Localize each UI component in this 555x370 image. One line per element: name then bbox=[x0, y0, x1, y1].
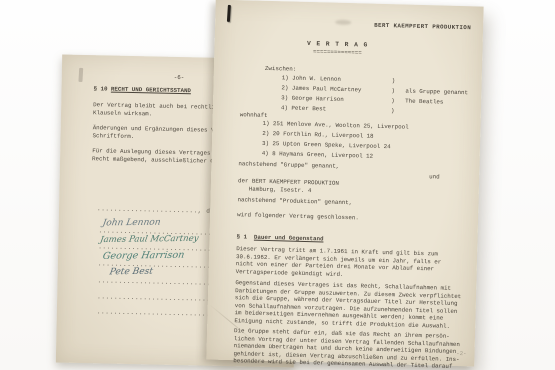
staple-mark bbox=[78, 68, 83, 82]
member-note: The Beatles bbox=[405, 98, 477, 107]
address-line: 2) 20 Forthlin Rd., Liverpool 18 bbox=[262, 130, 373, 140]
member-name: 1) John W. Lennon bbox=[282, 74, 392, 84]
group-clause: nachstehend "Gruppe" genannt, bbox=[238, 160, 339, 170]
address-line: 4) 8 Haymans Green, Liverpool 12 bbox=[262, 150, 373, 160]
company-header: BERT KAEMPFERT PRODUKTION bbox=[374, 22, 471, 32]
group-bracket: ) bbox=[391, 107, 405, 115]
footer-page-mark: -2- bbox=[456, 350, 467, 358]
address-line: 3) 25 Upton Green Speke, Liverpool 24 bbox=[262, 140, 391, 151]
residence-label: wohnhaft bbox=[240, 111, 268, 119]
contract-paragraph: Dieser Vertrag tritt am 1.7.1961 in Kraf… bbox=[236, 245, 469, 281]
member-note bbox=[405, 108, 477, 117]
section-1-heading: § 1 Dauer und Gegenstand bbox=[236, 233, 323, 243]
staple-mark bbox=[227, 5, 231, 22]
section-10-title: RECHT UND GERICHTSSTAND bbox=[111, 86, 191, 95]
contract-title-block: V E R T R A G ============== bbox=[302, 40, 372, 57]
section-1-title: Dauer und Gegenstand bbox=[254, 234, 324, 243]
intro-label: Zwischen: bbox=[265, 65, 296, 73]
contract-paragraph: Gegenstand dieses Vertrages ist das Rech… bbox=[234, 279, 467, 330]
page-number: -6- bbox=[174, 74, 185, 82]
contract-page-one: BERT KAEMPFERT PRODUKTION V E R T R A G … bbox=[206, 0, 483, 366]
section-1-prefix: § 1 bbox=[236, 233, 247, 240]
smudge-mark bbox=[335, 20, 351, 25]
photo-scene: -6- § 10 RECHT UND GERICHTSSTAND Der Ver… bbox=[0, 0, 555, 370]
production-clause: nachstehend "Produktion" genannt, bbox=[237, 196, 352, 207]
member-note bbox=[406, 78, 478, 87]
signature-pete-best: Pete Best bbox=[109, 267, 154, 278]
contract-paragraph: Die Gruppe steht dafür ein, daß sie das … bbox=[233, 327, 466, 370]
section-10-heading: § 10 RECHT UND GERICHTSSTAND bbox=[93, 85, 191, 95]
member-name: 2) James Paul McCartney bbox=[281, 84, 391, 94]
group-bracket: ) bbox=[392, 77, 406, 85]
member-row: 4) Peter Best ) bbox=[281, 104, 477, 117]
section-10-prefix: § 10 bbox=[93, 85, 107, 92]
und-connector: und bbox=[429, 173, 440, 181]
producer-address: Hamburg, Isestr. 4 bbox=[249, 185, 312, 194]
group-bracket: ) bbox=[391, 97, 405, 105]
member-note: als Gruppe genannt bbox=[405, 88, 477, 97]
member-name: 4) Peter Best bbox=[281, 104, 391, 114]
group-bracket: ) bbox=[391, 87, 405, 95]
member-name: 3) George Harrison bbox=[281, 94, 391, 104]
conclusion-line: wird folgender Vertrag geschlossen. bbox=[237, 211, 359, 222]
